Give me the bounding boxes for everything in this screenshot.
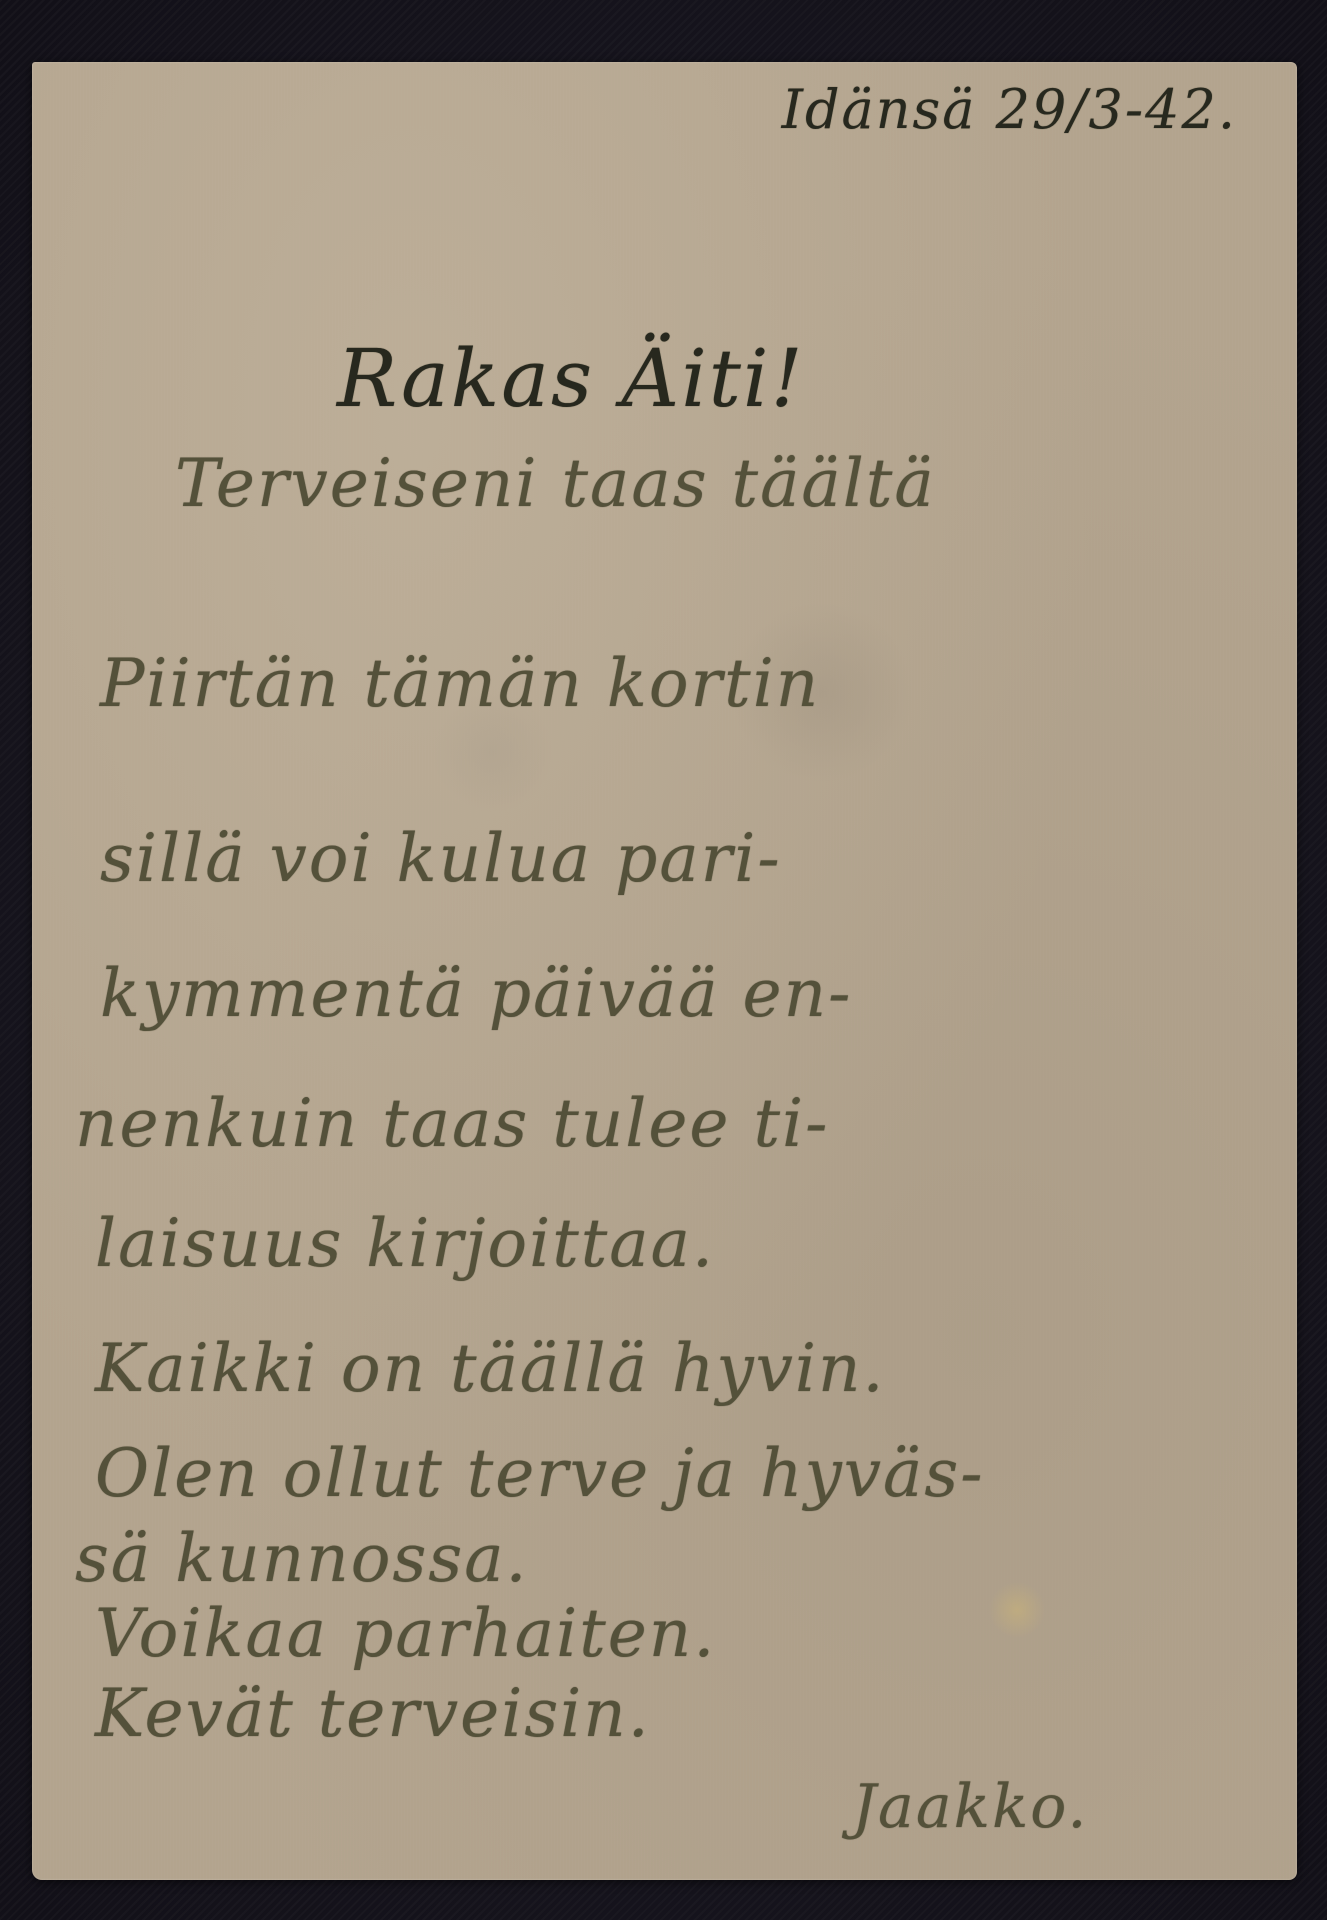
body-line: laisuus kirjoittaa. bbox=[95, 1205, 715, 1282]
postcard-paper: Idänsä 29/3-42. Rakas Äiti! Terveiseni t… bbox=[32, 62, 1297, 1880]
body-line: Olen ollut terve ja hyväs- bbox=[95, 1435, 985, 1512]
body-line: Terveiseni taas täältä bbox=[175, 445, 936, 522]
body-line: Voikaa parhaiten. bbox=[95, 1595, 716, 1672]
place-date: Idänsä 29/3-42. bbox=[782, 78, 1237, 141]
body-line: nenkuin taas tulee ti- bbox=[75, 1085, 829, 1162]
salutation: Rakas Äiti! bbox=[337, 332, 805, 425]
body-line: Kevät terveisin. bbox=[95, 1675, 651, 1752]
body-line: Piirtän tämän kortin bbox=[100, 645, 820, 722]
body-line: Kaikki on täällä hyvin. bbox=[95, 1330, 886, 1407]
body-line: sä kunnossa. bbox=[75, 1520, 529, 1597]
signature: Jaakko. bbox=[852, 1772, 1088, 1842]
body-line: sillä voi kulua pari- bbox=[100, 820, 782, 897]
body-line: kymmentä päivää en- bbox=[100, 955, 852, 1032]
